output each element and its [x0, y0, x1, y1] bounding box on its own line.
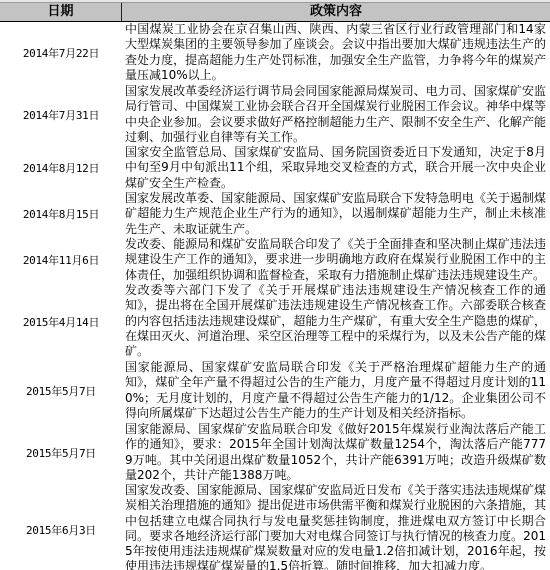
- row-content: 中国煤炭工业协会在京召集山西、陕西、内蒙三省区行业行政管理部门和14家大型煤炭集…: [122, 22, 550, 84]
- row-content: 国家发展改革委、国家能源局、国家煤矿安监局联合下发特急明电《关于遏制煤矿超能力生…: [122, 191, 550, 237]
- table-row: 2015年6月3日 国家发改委、国家能源局、国家煤矿安监局近日发布《关于落实违法…: [0, 483, 550, 570]
- row-date: 2014年8月12日: [0, 145, 122, 191]
- table-row: 2015年5月7日 国家能源局、国家煤矿安监局联合印发《做好2015年煤炭行业淘…: [0, 422, 550, 483]
- row-date: 2014年8月15日: [0, 191, 122, 237]
- table-row: 2014年7月22日 中国煤炭工业协会在京召集山西、陕西、内蒙三省区行业行政管理…: [0, 22, 550, 84]
- row-content: 国家能源局、国家煤矿安监局联合印发《做好2015年煤炭行业淘汰落后产能工作的通知…: [122, 422, 550, 483]
- row-date: 2014年7月22日: [0, 22, 122, 84]
- table-row: 2014年8月15日 国家发展改革委、国家能源局、国家煤矿安监局联合下发特急明电…: [0, 191, 550, 237]
- row-content: 国家发展改革委经济运行调节局会同国家能源局煤炭司、电力司、国家煤矿安监局行管司、…: [122, 84, 550, 145]
- table-row: 2014年7月31日 国家发展改革委经济运行调节局会同国家能源局煤炭司、电力司、…: [0, 84, 550, 145]
- row-content: 发改委、能源局和煤矿安监局联合印发了《关于全面排查和坚决制止煤矿违法违规建设生产…: [122, 237, 550, 283]
- row-date: 2015年5月7日: [0, 360, 122, 422]
- row-date: 2015年6月3日: [0, 483, 122, 570]
- table-header: 日期 政策内容: [0, 2, 550, 22]
- header-date: 日期: [0, 3, 122, 21]
- table-row: 2015年4月14日 发改委等六部门下发了《关于开展煤矿违法违规建设生产情况核查…: [0, 283, 550, 360]
- header-content: 政策内容: [122, 3, 550, 21]
- row-date: 2014年7月31日: [0, 84, 122, 145]
- table-row: 2015年5月7日 国家能源局、国家煤矿安监局联合印发《关于严格治理煤矿超能力生…: [0, 360, 550, 422]
- policy-table: 日期 政策内容 2014年7月22日 中国煤炭工业协会在京召集山西、陕西、内蒙三…: [0, 0, 550, 570]
- row-content: 国家安全监管总局、国家煤矿安监局、国务院国资委近日下发通知，决定于8月中旬至9月…: [122, 145, 550, 191]
- row-content: 发改委等六部门下发了《关于开展煤矿违法违规建设生产情况核查工作的通知》，提出将在…: [122, 283, 550, 360]
- row-date: 2015年5月7日: [0, 422, 122, 483]
- row-date: 2014年11月6日: [0, 237, 122, 283]
- row-date: 2015年4月14日: [0, 283, 122, 360]
- table-row: 2014年8月12日 国家安全监管总局、国家煤矿安监局、国务院国资委近日下发通知…: [0, 145, 550, 191]
- row-content: 国家能源局、国家煤矿安监局联合印发《关于严格治理煤矿超能力生产的通知》，煤矿全年…: [122, 360, 550, 422]
- table-row: 2014年11月6日 发改委、能源局和煤矿安监局联合印发了《关于全面排查和坚决制…: [0, 237, 550, 283]
- row-content: 国家发改委、国家能源局、国家煤矿安监局近日发布《关于落实违法违规煤矿煤炭相关治理…: [122, 483, 550, 570]
